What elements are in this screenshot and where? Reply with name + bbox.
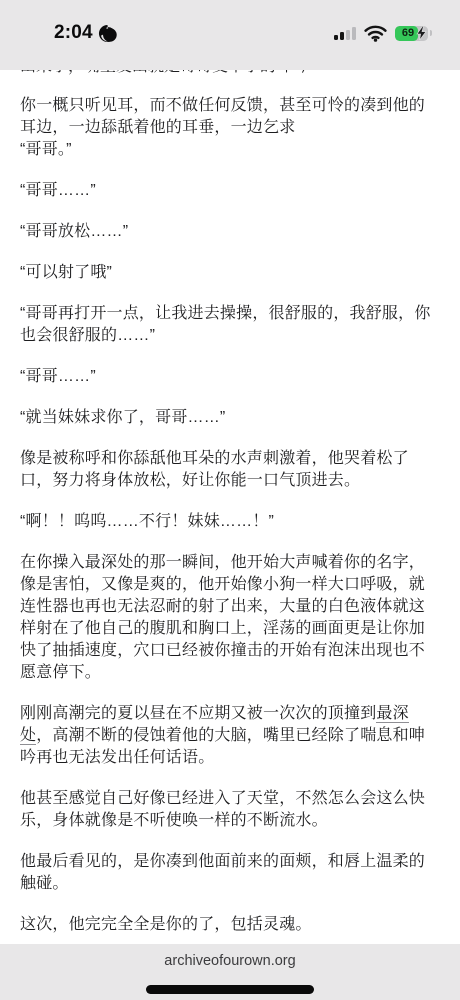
story-paragraph: “就当妹妹求你了，哥哥……” xyxy=(20,407,440,429)
status-right-cluster: 69 xyxy=(334,18,433,48)
status-bar-row: 2:04 xyxy=(0,18,460,48)
story-paragraph: 你一概只听见耳，而不做任何反馈，甚至可怜的凑到他的耳边，一边舔舐着他的耳垂，一边… xyxy=(20,95,440,139)
wifi-icon xyxy=(364,25,387,42)
battery-tip xyxy=(430,30,433,36)
story-paragraph: 他甚至感觉自己好像已经进入了天堂，不然怎么会这么快乐，身体就像是不听使唤一样的不… xyxy=(20,788,440,832)
status-left-cluster: 2:04 xyxy=(54,18,117,48)
battery-indicator: 69 xyxy=(395,26,432,41)
browser-toolbar[interactable]: archiveofourown.org xyxy=(0,944,460,1000)
underlined-term: 最深处 xyxy=(20,705,409,745)
story-paragraph: “啊！！呜呜……不行！妹妹……！” xyxy=(20,511,440,533)
home-indicator[interactable] xyxy=(146,985,314,994)
story-paragraph: “哥哥……” xyxy=(20,180,440,202)
page-content[interactable]: 出来了，嘴里发出就是哥哥受不了的呻吟 你一概只听见耳，而不做任何反馈，甚至可怜的… xyxy=(0,0,460,944)
phone-screen: 出来了，嘴里发出就是哥哥受不了的呻吟 你一概只听见耳，而不做任何反馈，甚至可怜的… xyxy=(0,0,460,1000)
story: 你一概只听见耳，而不做任何反馈，甚至可怜的凑到他的耳边，一边舔舐着他的耳垂，一边… xyxy=(20,95,440,944)
site-domain-label[interactable]: archiveofourown.org xyxy=(0,953,460,969)
status-bar: 2:04 xyxy=(0,0,460,70)
charging-bolt-icon xyxy=(416,26,427,40)
story-paragraph: 这次，他完完全全是你的了，包括灵魂。 xyxy=(20,914,440,936)
story-paragraph: 刚刚高潮完的夏以昼在不应期又被一次次的顶撞到最深处，高潮不断的侵蚀着他的大脑，嘴… xyxy=(20,703,440,769)
time-label: 2:04 xyxy=(54,22,93,44)
story-paragraph: 像是被称呼和你舔舐他耳朵的水声刺激着，他哭着松了口，努力将身体放松，好让你能一口… xyxy=(20,448,440,492)
story-paragraph: “哥哥放松……” xyxy=(20,221,440,243)
story-paragraph: 他最后看见的，是你凑到他面前来的面颊，和唇上温柔的触碰。 xyxy=(20,851,440,895)
story-paragraph: 在你操入最深处的那一瞬间，他开始大声喊着你的名字，像是害怕，又像是爽的，他开始像… xyxy=(20,552,440,684)
story-paragraph: “哥哥再打开一点，让我进去操操，很舒服的，我舒服，你也会很舒服的……” xyxy=(20,303,440,347)
moon-icon xyxy=(98,24,117,43)
story-paragraph: “哥哥。” xyxy=(20,139,440,161)
story-paragraph: “哥哥……” xyxy=(20,366,440,388)
cellular-signal-icon xyxy=(334,27,357,40)
story-paragraph: “可以射了哦” xyxy=(20,262,440,284)
